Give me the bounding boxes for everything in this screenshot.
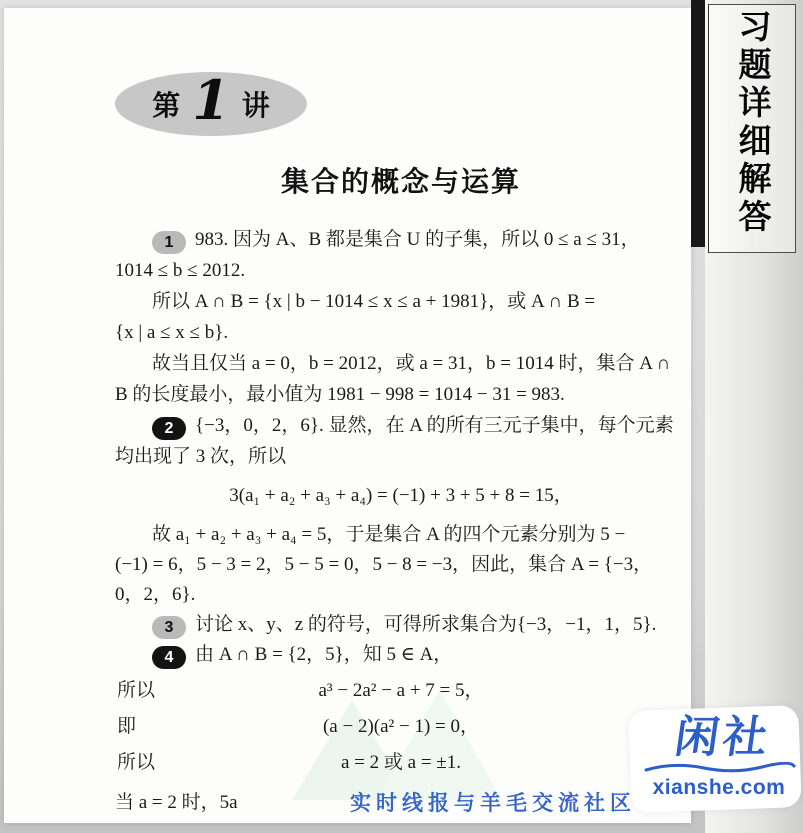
line-text: 讨论 x、y、z 的符号，可得所求集合为{−3，−1，1，5}.	[195, 614, 656, 635]
spine-black-strip	[691, 0, 705, 247]
line-text: 当 a = 2 时，5a	[115, 792, 238, 813]
logo-text: 闲社	[655, 716, 791, 760]
line-text: B 的长度最小，最小值为 1981 − 998 = 1014 − 31 = 98…	[115, 384, 565, 405]
line-text: 0，2，6}.	[115, 584, 195, 605]
line-text: {−3，0，2，6}. 显然，在 A 的所有三元子集中，每个元素	[195, 415, 674, 436]
lecture-prefix: 第	[152, 84, 180, 124]
line-text: 均出现了 3 次，所以	[115, 446, 286, 467]
text-line: 4由 A ∩ B = {2，5}，知 5 ∈ A，	[115, 640, 687, 670]
labeled-equation-line: 所以 a = 2 或 a = ±1.	[115, 745, 687, 781]
lecture-number-badge: 第 1 讲	[115, 72, 307, 136]
line-text: 983. 因为 A、B 都是集合 U 的子集，所以 0 ≤ a ≤ 31，	[195, 229, 640, 250]
labeled-equation-line: 所以 a³ − 2a² − a + 7 = 5，	[115, 673, 687, 709]
lecture-suffix: 讲	[242, 84, 270, 124]
line-text: 由 A ∩ B = {2，5}，知 5 ∈ A，	[195, 644, 452, 665]
text-line: {x | a ≤ x ≤ b}.	[115, 317, 687, 348]
problem-number-badge: 1	[152, 231, 186, 254]
chapter-tab: 习题详细解答	[708, 4, 796, 253]
problem-number-badge: 4	[152, 646, 186, 669]
logo-domain: xianshe.com	[640, 776, 798, 800]
line-text: (−1) = 6，5 − 3 = 2，5 − 5 = 0，5 − 8 = −3，…	[115, 554, 652, 575]
text-line: 所以 A ∩ B = {x | b − 1014 ≤ x ≤ a + 1981}…	[115, 286, 687, 317]
text-line: 均出现了 3 次，所以	[115, 441, 687, 472]
equation-label: 即	[117, 709, 136, 745]
line-text: 故 a₁ + a₂ + a₃ + a₄ = 5，于是集合 A 的四个元素分别为 …	[152, 524, 625, 545]
lecture-number: 1	[192, 73, 230, 127]
solution-text: 1983. 因为 A、B 都是集合 U 的子集，所以 0 ≤ a ≤ 31， 1…	[115, 224, 687, 818]
text-line: 故当且仅当 a = 0，b = 2012，或 a = 31，b = 1014 时…	[115, 348, 687, 379]
line-text: 1014 ≤ b ≤ 2012.	[115, 260, 245, 281]
text-line: 1983. 因为 A、B 都是集合 U 的子集，所以 0 ≤ a ≤ 31，	[115, 224, 687, 255]
text-line: 3讨论 x、y、z 的符号，可得所求集合为{−3，−1，1，5}.	[115, 610, 687, 640]
text-line: B 的长度最小，最小值为 1981 − 998 = 1014 − 31 = 98…	[115, 379, 687, 410]
text-line: 0，2，6}.	[115, 580, 687, 610]
text-line: 故 a₁ + a₂ + a₃ + a₄ = 5，于是集合 A 的四个元素分别为 …	[115, 520, 687, 550]
line-text: 所以 A ∩ B = {x | b − 1014 ≤ x ≤ a + 1981}…	[152, 291, 595, 312]
wave-underline-icon	[644, 762, 796, 774]
page-title: 集合的概念与运算	[115, 160, 687, 200]
equation-text: 3(a₁ + a₂ + a₃ + a₄) = (−1) + 3 + 5 + 8 …	[229, 485, 572, 506]
equation-label: 所以	[117, 673, 155, 709]
community-caption: 实时线报与羊毛交流社区	[350, 787, 636, 817]
labeled-equation-line: 即 (a − 2)(a² − 1) = 0，	[115, 709, 687, 745]
equation-text: a³ − 2a² − a + 7 = 5，	[318, 680, 483, 701]
line-text: {x | a ≤ x ≤ b}.	[115, 322, 228, 343]
equation-text: a = 2 或 a = ±1.	[341, 752, 461, 773]
problem-number-badge: 2	[152, 417, 186, 440]
equation-label: 所以	[117, 745, 155, 781]
text-line: 1014 ≤ b ≤ 2012.	[115, 255, 687, 286]
book-page: 第 1 讲 集合的概念与运算 1983. 因为 A、B 都是集合 U 的子集，所…	[4, 8, 691, 823]
equation-text: (a − 2)(a² − 1) = 0，	[323, 716, 479, 737]
text-line: 2{−3，0，2，6}. 显然，在 A 的所有三元子集中，每个元素	[115, 410, 687, 441]
text-line: (−1) = 6，5 − 3 = 2，5 − 5 = 0，5 − 8 = −3，…	[115, 550, 687, 580]
chapter-tab-label: 习题详细解答	[729, 9, 776, 237]
equation-line: 3(a₁ + a₂ + a₃ + a₄) = (−1) + 3 + 5 + 8 …	[115, 480, 687, 511]
line-text: 故当且仅当 a = 0，b = 2012，或 a = 31，b = 1014 时…	[152, 353, 670, 374]
problem-number-badge: 3	[152, 616, 186, 639]
